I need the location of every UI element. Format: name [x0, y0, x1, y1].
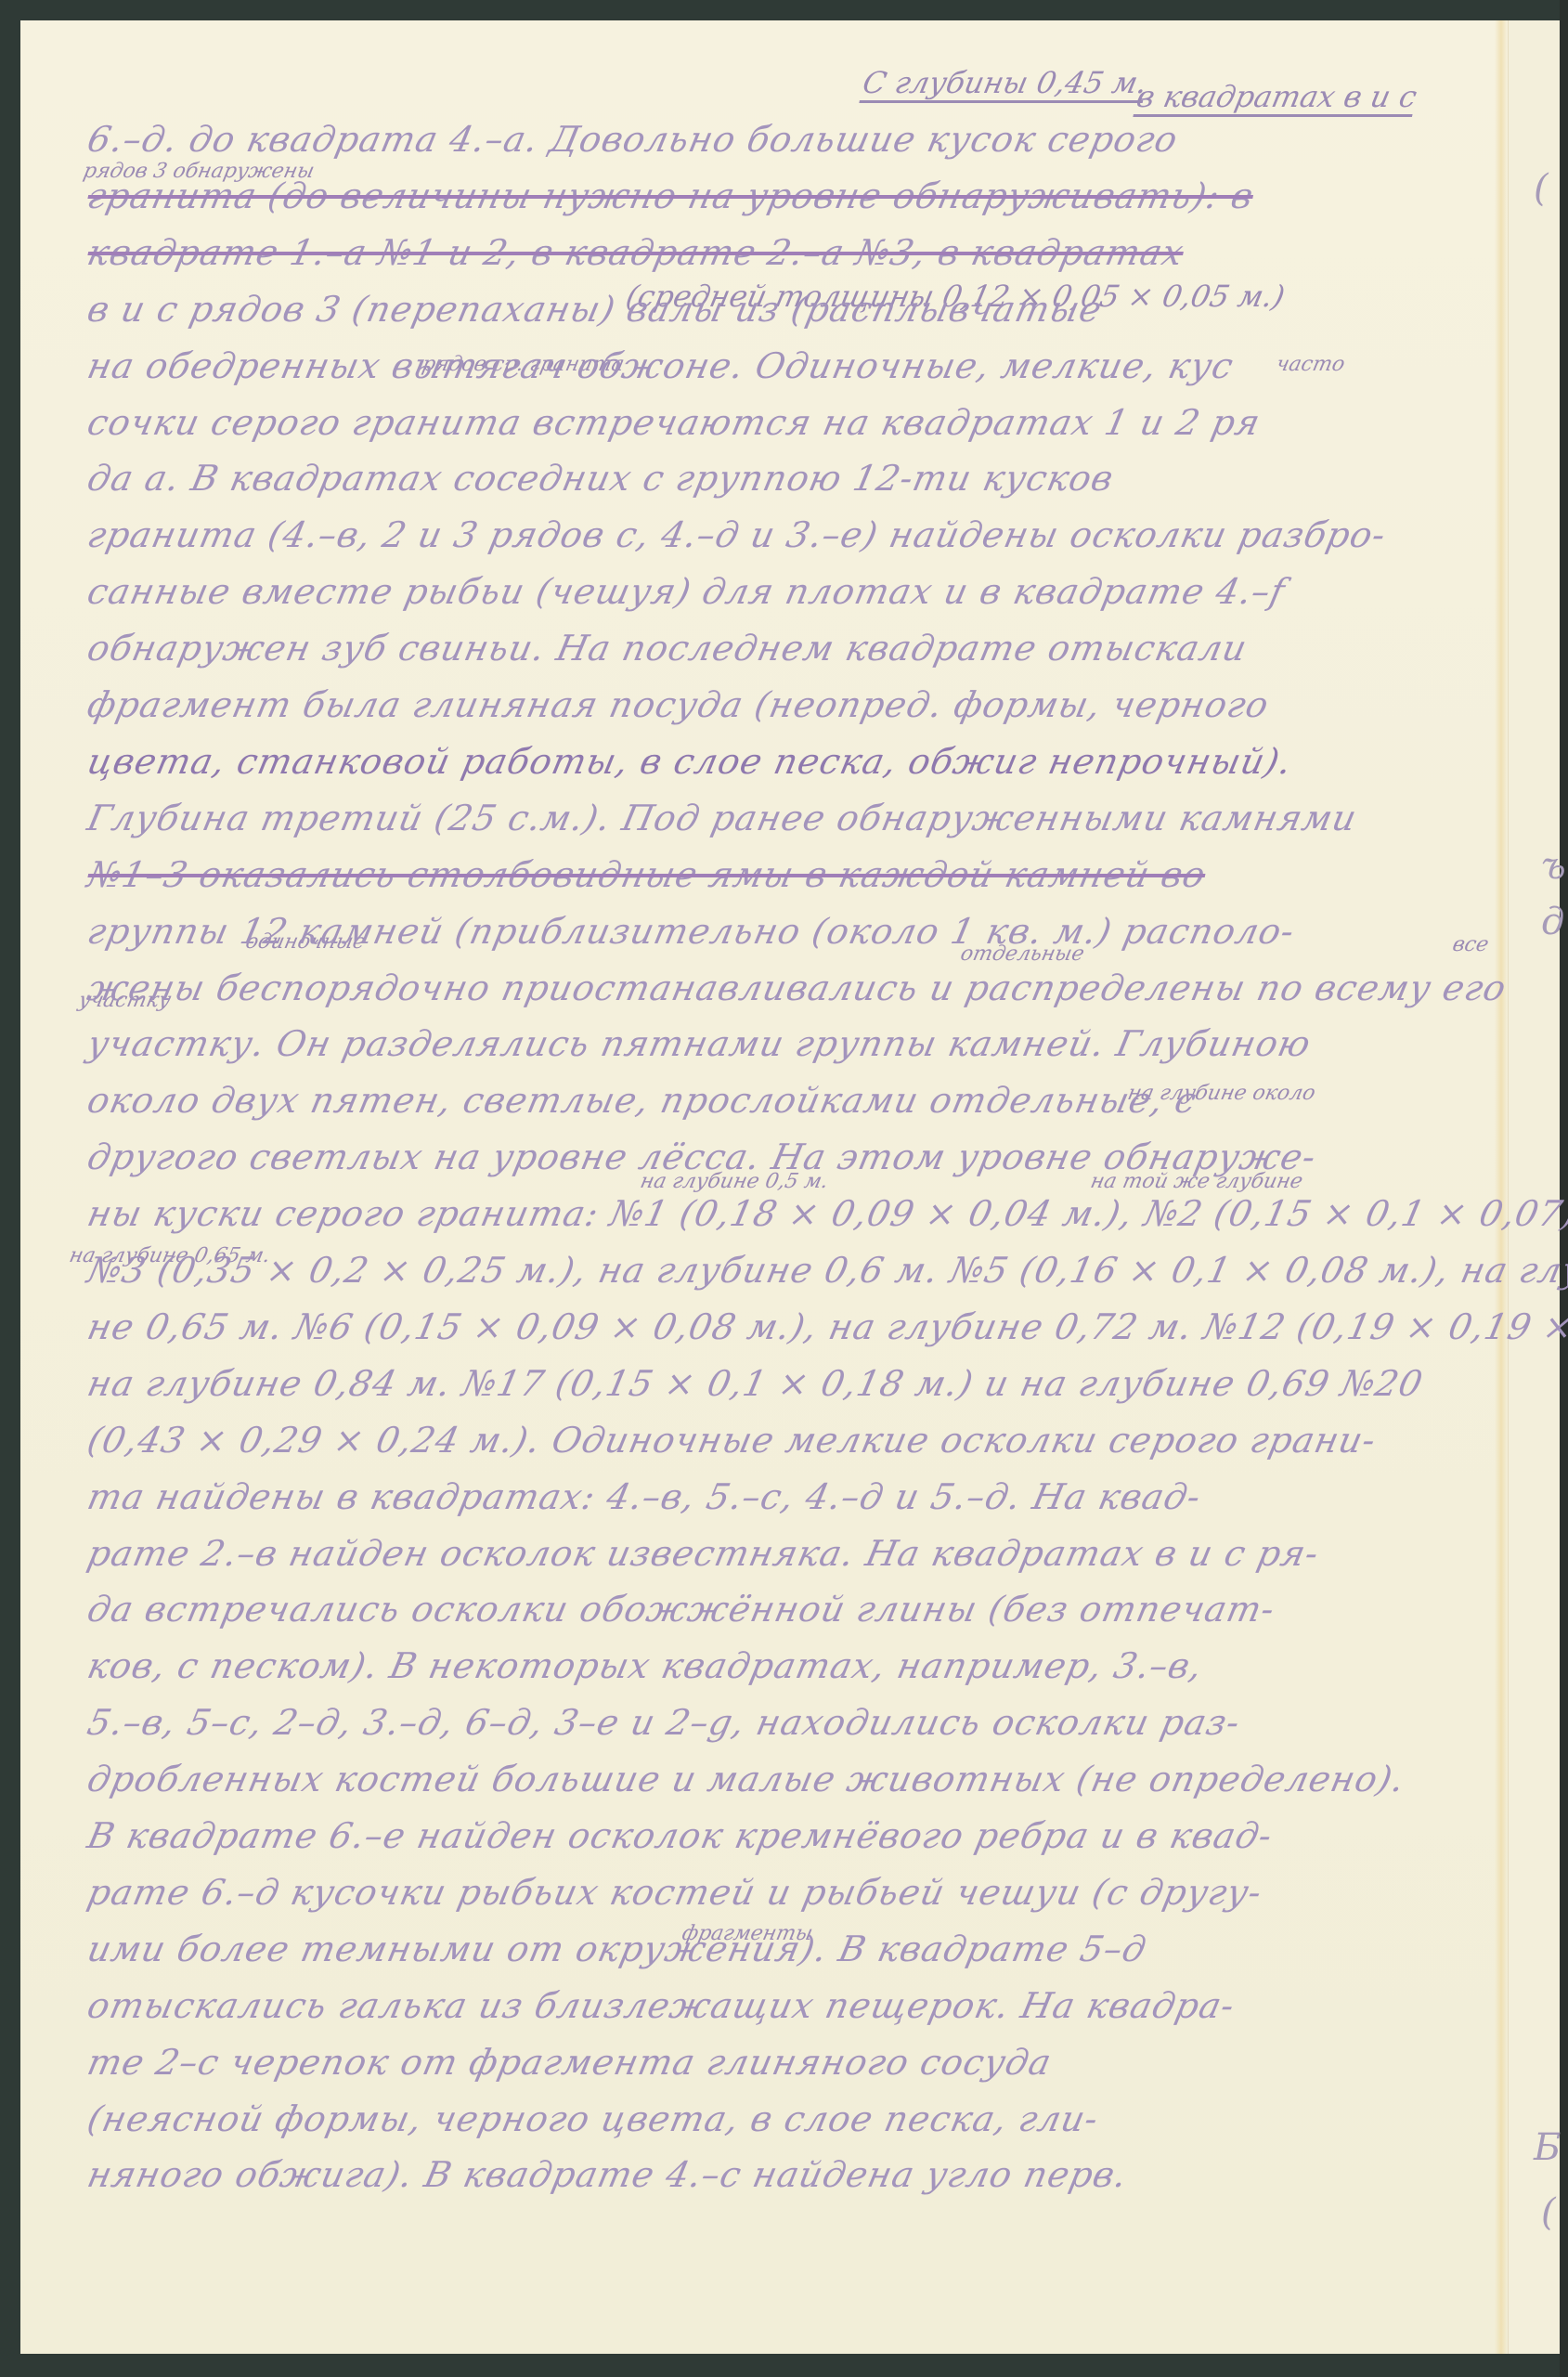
text-line: гранита (до величины нужно на уровне обн… [84, 175, 1484, 216]
text-line: сочки серого гранита встречаются на квад… [84, 402, 1484, 443]
text-line: Глубина третий (25 с.м.). Под ранее обна… [84, 798, 1484, 838]
margin-fragment: ( [1534, 167, 1549, 210]
text-line: участку. Он разделялись пятнами группы к… [84, 1023, 1484, 1064]
margin-fragment: Б [1534, 2126, 1561, 2169]
text-line: не 0,65 м. №6 (0,15 × 0,09 × 0,08 м.), н… [84, 1306, 1484, 1347]
text-line: (0,43 × 0,29 × 0,24 м.). Одиночные мелки… [84, 1420, 1484, 1461]
text-line: (неясной формы, черного цвета, в слое пе… [84, 2098, 1484, 2139]
text-line: ков, с песком). В некоторых квадратах, н… [84, 1645, 1484, 1686]
text-line: другого светлых на уровне лёсса. На этом… [84, 1137, 1484, 1177]
paper-fold [1495, 20, 1508, 2354]
text-line: В квадрате 6.–е найден осколок кремнёвог… [84, 1815, 1484, 1856]
margin-fragment: д [1541, 901, 1564, 943]
text-line: ими более темными от окружения). В квадр… [84, 1929, 1484, 1969]
text-line: на обедренных вытягач обжоне. Одиночные,… [84, 345, 1484, 386]
text-line: обнаружен зуб свиньи. На последнем квадр… [84, 628, 1484, 669]
text-line: да встречались осколки обожжённой глины … [84, 1589, 1484, 1630]
text-line: 5.–в, 5–с, 2–д, 3.–д, 6–д, 3–е и 2–g, на… [84, 1702, 1484, 1743]
text-line: квадрате 1.–а №1 и 2, в квадрате 2.–а №3… [84, 232, 1484, 273]
insertion: С глубины 0,45 м. [860, 65, 1150, 100]
text-line: рате 6.–д кусочки рыбьих костей и рыбьей… [84, 1872, 1484, 1913]
text-line: 6.–д. до квадрата 4.–а. Довольно большие… [84, 119, 1484, 160]
margin-fragment: ъ [1541, 845, 1566, 888]
text-line: в и с рядов 3 (перепаханы) валы из (расп… [84, 289, 1484, 330]
text-line: жены беспорядочно приостанавливались и р… [84, 968, 1484, 1008]
text-line: да а. В квадратах соседних с группою 12-… [84, 458, 1484, 499]
text-line: гранита (4.–в, 2 и 3 рядов с, 4.–д и 3.–… [84, 514, 1484, 555]
text-line: дробленных костей большие и малые животн… [84, 1759, 1484, 1799]
text-line: отыскались галька из близлежащих пещерок… [84, 1985, 1484, 2026]
text-line: те 2–с черепок от фрагмента глиняного со… [84, 2042, 1484, 2083]
insertion: в квадратах в и с [1134, 79, 1420, 114]
margin-fragment: ( [1541, 2191, 1556, 2234]
text-line: ны куски серого гранита: №1 (0,18 × 0,09… [84, 1193, 1484, 1234]
scan-border [1560, 0, 1568, 2377]
text-line: фрагмент была глиняная посуда (неопред. … [84, 684, 1484, 725]
text-line: няного обжига). В квадрате 4.–с найдена … [84, 2154, 1484, 2195]
text-line: №3 (0,35 × 0,2 × 0,25 м.), на глубине 0,… [84, 1250, 1484, 1291]
text-line: группы 12 камней (приблизительно (около … [84, 911, 1484, 952]
text-line: рате 2.–в найден осколок известняка. На … [84, 1533, 1484, 1574]
text-line: на глубине 0,84 м. №17 (0,15 × 0,1 × 0,1… [84, 1363, 1484, 1404]
text-line: та найдены в квадратах: 4.–в, 5.–с, 4.–д… [84, 1476, 1484, 1517]
text-line: около двух пятен, светлые, прослойками о… [84, 1080, 1484, 1121]
text-line: санные вместе рыбьи (чешуя) для плотах и… [84, 571, 1484, 612]
text-line: №1–3 оказались столбовидные ямы в каждой… [84, 854, 1484, 895]
text-line: цвета, станковой работы, в слое песка, о… [84, 741, 1484, 782]
